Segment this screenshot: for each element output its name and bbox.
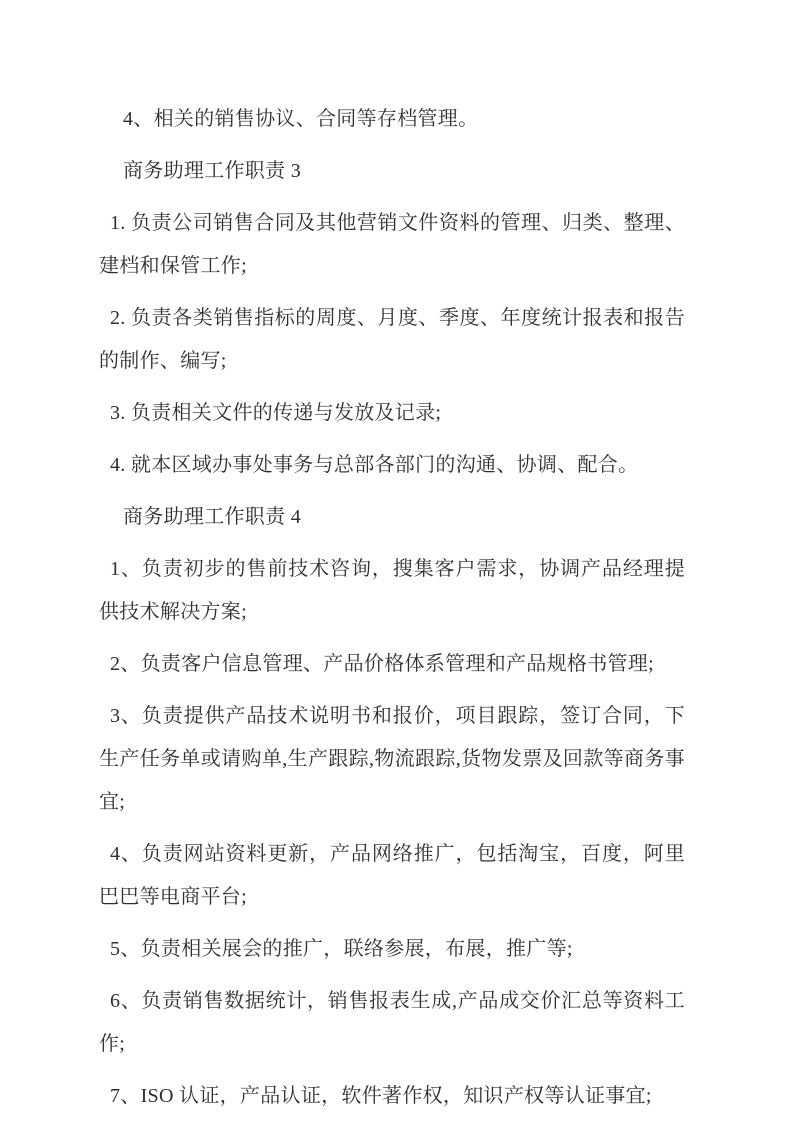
body-paragraph: 4. 就本区域办事处事务与总部各部门的沟通、协调、配合。 xyxy=(99,444,685,487)
body-paragraph: 1、负责初步的售前技术咨询，搜集客户需求，协调产品经理提供技术解决方案; xyxy=(99,548,685,634)
section-heading: 商务助理工作职责 4 xyxy=(99,496,685,539)
body-paragraph: 1. 负责公司销售合同及其他营销文件资料的管理、归类、整理、建档和保管工作; xyxy=(99,202,685,288)
document-page: 4、相关的销售协议、合同等存档管理。商务助理工作职责 31. 负责公司销售合同及… xyxy=(0,0,800,1132)
section-heading: 商务助理工作职责 3 xyxy=(99,150,685,193)
body-paragraph: 4、负责网站资料更新，产品网络推广，包括淘宝，百度，阿里巴巴等电商平台; xyxy=(99,833,685,919)
body-paragraph: 7、ISO 认证，产品认证，软件著作权，知识产权等认证事宜; xyxy=(99,1075,685,1118)
body-paragraph: 5、负责相关展会的推广，联络参展，布展，推广等; xyxy=(99,928,685,971)
body-paragraph: 3. 负责相关文件的传递与发放及记录; xyxy=(99,392,685,435)
body-paragraph: 2、负责客户信息管理、产品价格体系管理和产品规格书管理; xyxy=(99,643,685,686)
body-paragraph: 6、负责销售数据统计，销售报表生成,产品成交价汇总等资料工作; xyxy=(99,980,685,1066)
body-paragraph: 2. 负责各类销售指标的周度、月度、季度、年度统计报表和报告的制作、编写; xyxy=(99,297,685,383)
body-paragraph: 3、负责提供产品技术说明书和报价，项目跟踪，签订合同，下生产任务单或请购单,生产… xyxy=(99,695,685,824)
body-paragraph: 4、相关的销售协议、合同等存档管理。 xyxy=(99,98,685,141)
